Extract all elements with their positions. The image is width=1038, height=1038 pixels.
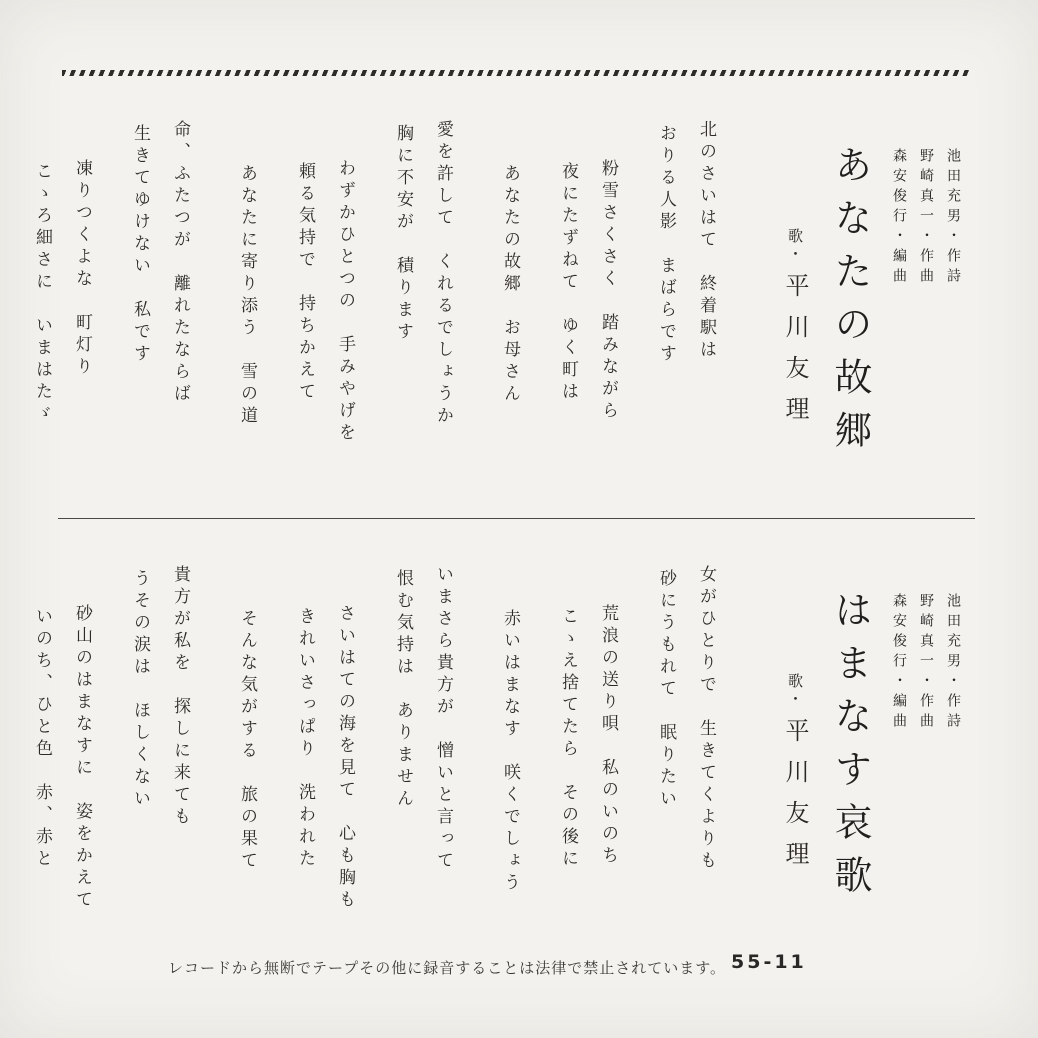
lyric-line: わずかひとつの 手みやげを (333, 159, 358, 445)
song-section-1: 池田充男・作詩野崎真一・作曲森安俊行・編曲 あなたの故郷 歌・平川友理 北のさい… (0, 118, 964, 463)
section-divider (58, 518, 975, 519)
lyric-line: 粉雪さくさく 踏みながら (596, 159, 621, 423)
singer-name: 平川友理 (781, 273, 807, 437)
credit-line: 野崎真一・作曲 (917, 148, 937, 288)
credits-block: 池田充男・作詩野崎真一・作曲森安俊行・編曲 (883, 593, 964, 733)
lyrics-block: 女がひとりで 生きてくよりも砂にうもれて 眠りたい荒浪の送り唄 私のいのちこゝえ… (0, 563, 719, 912)
lyric-line: 愛を許して くれるでしょうか (431, 120, 456, 428)
lyrics-block: 北のさいはて 終着駅はおりる人影 まばらです粉雪さくさく 踏みながら夜にたずねて… (0, 118, 719, 445)
credit-line: 池田充男・作詩 (944, 593, 964, 733)
credits-block: 池田充男・作詩野崎真一・作曲森安俊行・編曲 (883, 148, 964, 288)
lyric-line: きれいさっぱり 洗われた (293, 607, 318, 871)
top-dashed-rule (62, 70, 972, 76)
song-section-2: 池田充男・作詩野崎真一・作曲森安俊行・編曲 はまなす哀歌 歌・平川友理 女がひと… (0, 563, 964, 912)
lyric-line: 女がひとりで 生きてくよりも (694, 565, 719, 873)
lyric-line: 砂山のはまなすに 姿をかえて (70, 604, 95, 912)
lyric-line: いのち、ひと色 赤、赤と (30, 607, 55, 871)
singer-prefix: 歌・ (786, 228, 802, 264)
lyric-line: 北のさいはて 終着駅は (694, 120, 719, 362)
song-title: あなたの故郷 (822, 145, 877, 463)
lyric-line: 恨む気持は ありません (391, 569, 416, 811)
lyric-line: うその涙は ほしくない (128, 569, 153, 811)
lyric-line: 頼る気持で 持ちかえて (293, 162, 318, 404)
lyric-line: 夜にたずねて ゆく町は (556, 162, 581, 404)
lyric-line: 貴方が私を 探しに来ても (168, 565, 193, 829)
credit-line: 森安俊行・編曲 (890, 593, 910, 733)
credit-line: 池田充男・作詩 (944, 148, 964, 288)
singer-name: 平川友理 (781, 718, 807, 882)
singer: 歌・平川友理 (777, 228, 812, 437)
lyric-line: あなたに寄り添う 雪の道 (235, 164, 260, 428)
credit-line: 野崎真一・作曲 (917, 593, 937, 733)
lyric-line: こゝろ細さに いまはたゞ (30, 162, 55, 426)
lyric-line: 荒浪の送り唄 私のいのち (596, 604, 621, 868)
lyric-line: 凍りつくよな 町灯り (70, 159, 95, 379)
credit-line: 森安俊行・編曲 (890, 148, 910, 288)
lyric-line: おりる人影 まばらです (654, 124, 679, 366)
lyric-line: 命、ふたつが 離れたならば (168, 120, 193, 406)
singer-prefix: 歌・ (786, 673, 802, 709)
lyric-line: さいはての海を見て 心も胸も (333, 604, 358, 912)
lyric-line: いまさら貴方が 憎いと言って (431, 565, 456, 873)
lyric-sheet: 池田充男・作詩野崎真一・作曲森安俊行・編曲 あなたの故郷 歌・平川友理 北のさい… (0, 0, 1038, 1038)
copyright-notice: レコードから無断でテープその他に録音することは法律で禁止されています。 (168, 957, 726, 978)
lyric-line: 胸に不安が 積ります (391, 124, 416, 344)
lyric-line: そんな気がする 旅の果て (235, 609, 260, 873)
lyric-line: 生きてゆけない 私です (128, 124, 153, 366)
lyric-line: あなたの故郷 お母さん (498, 164, 523, 406)
lyric-line: こゝえ捨てたら その後に (556, 607, 581, 871)
lyric-line: 砂にうもれて 眠りたい (654, 569, 679, 811)
catalog-number: 55-11 (731, 951, 807, 973)
lyric-line: 赤いはまなす 咲くでしょう (498, 609, 523, 895)
song-title: はまなす哀歌 (822, 590, 877, 908)
singer: 歌・平川友理 (777, 673, 812, 882)
